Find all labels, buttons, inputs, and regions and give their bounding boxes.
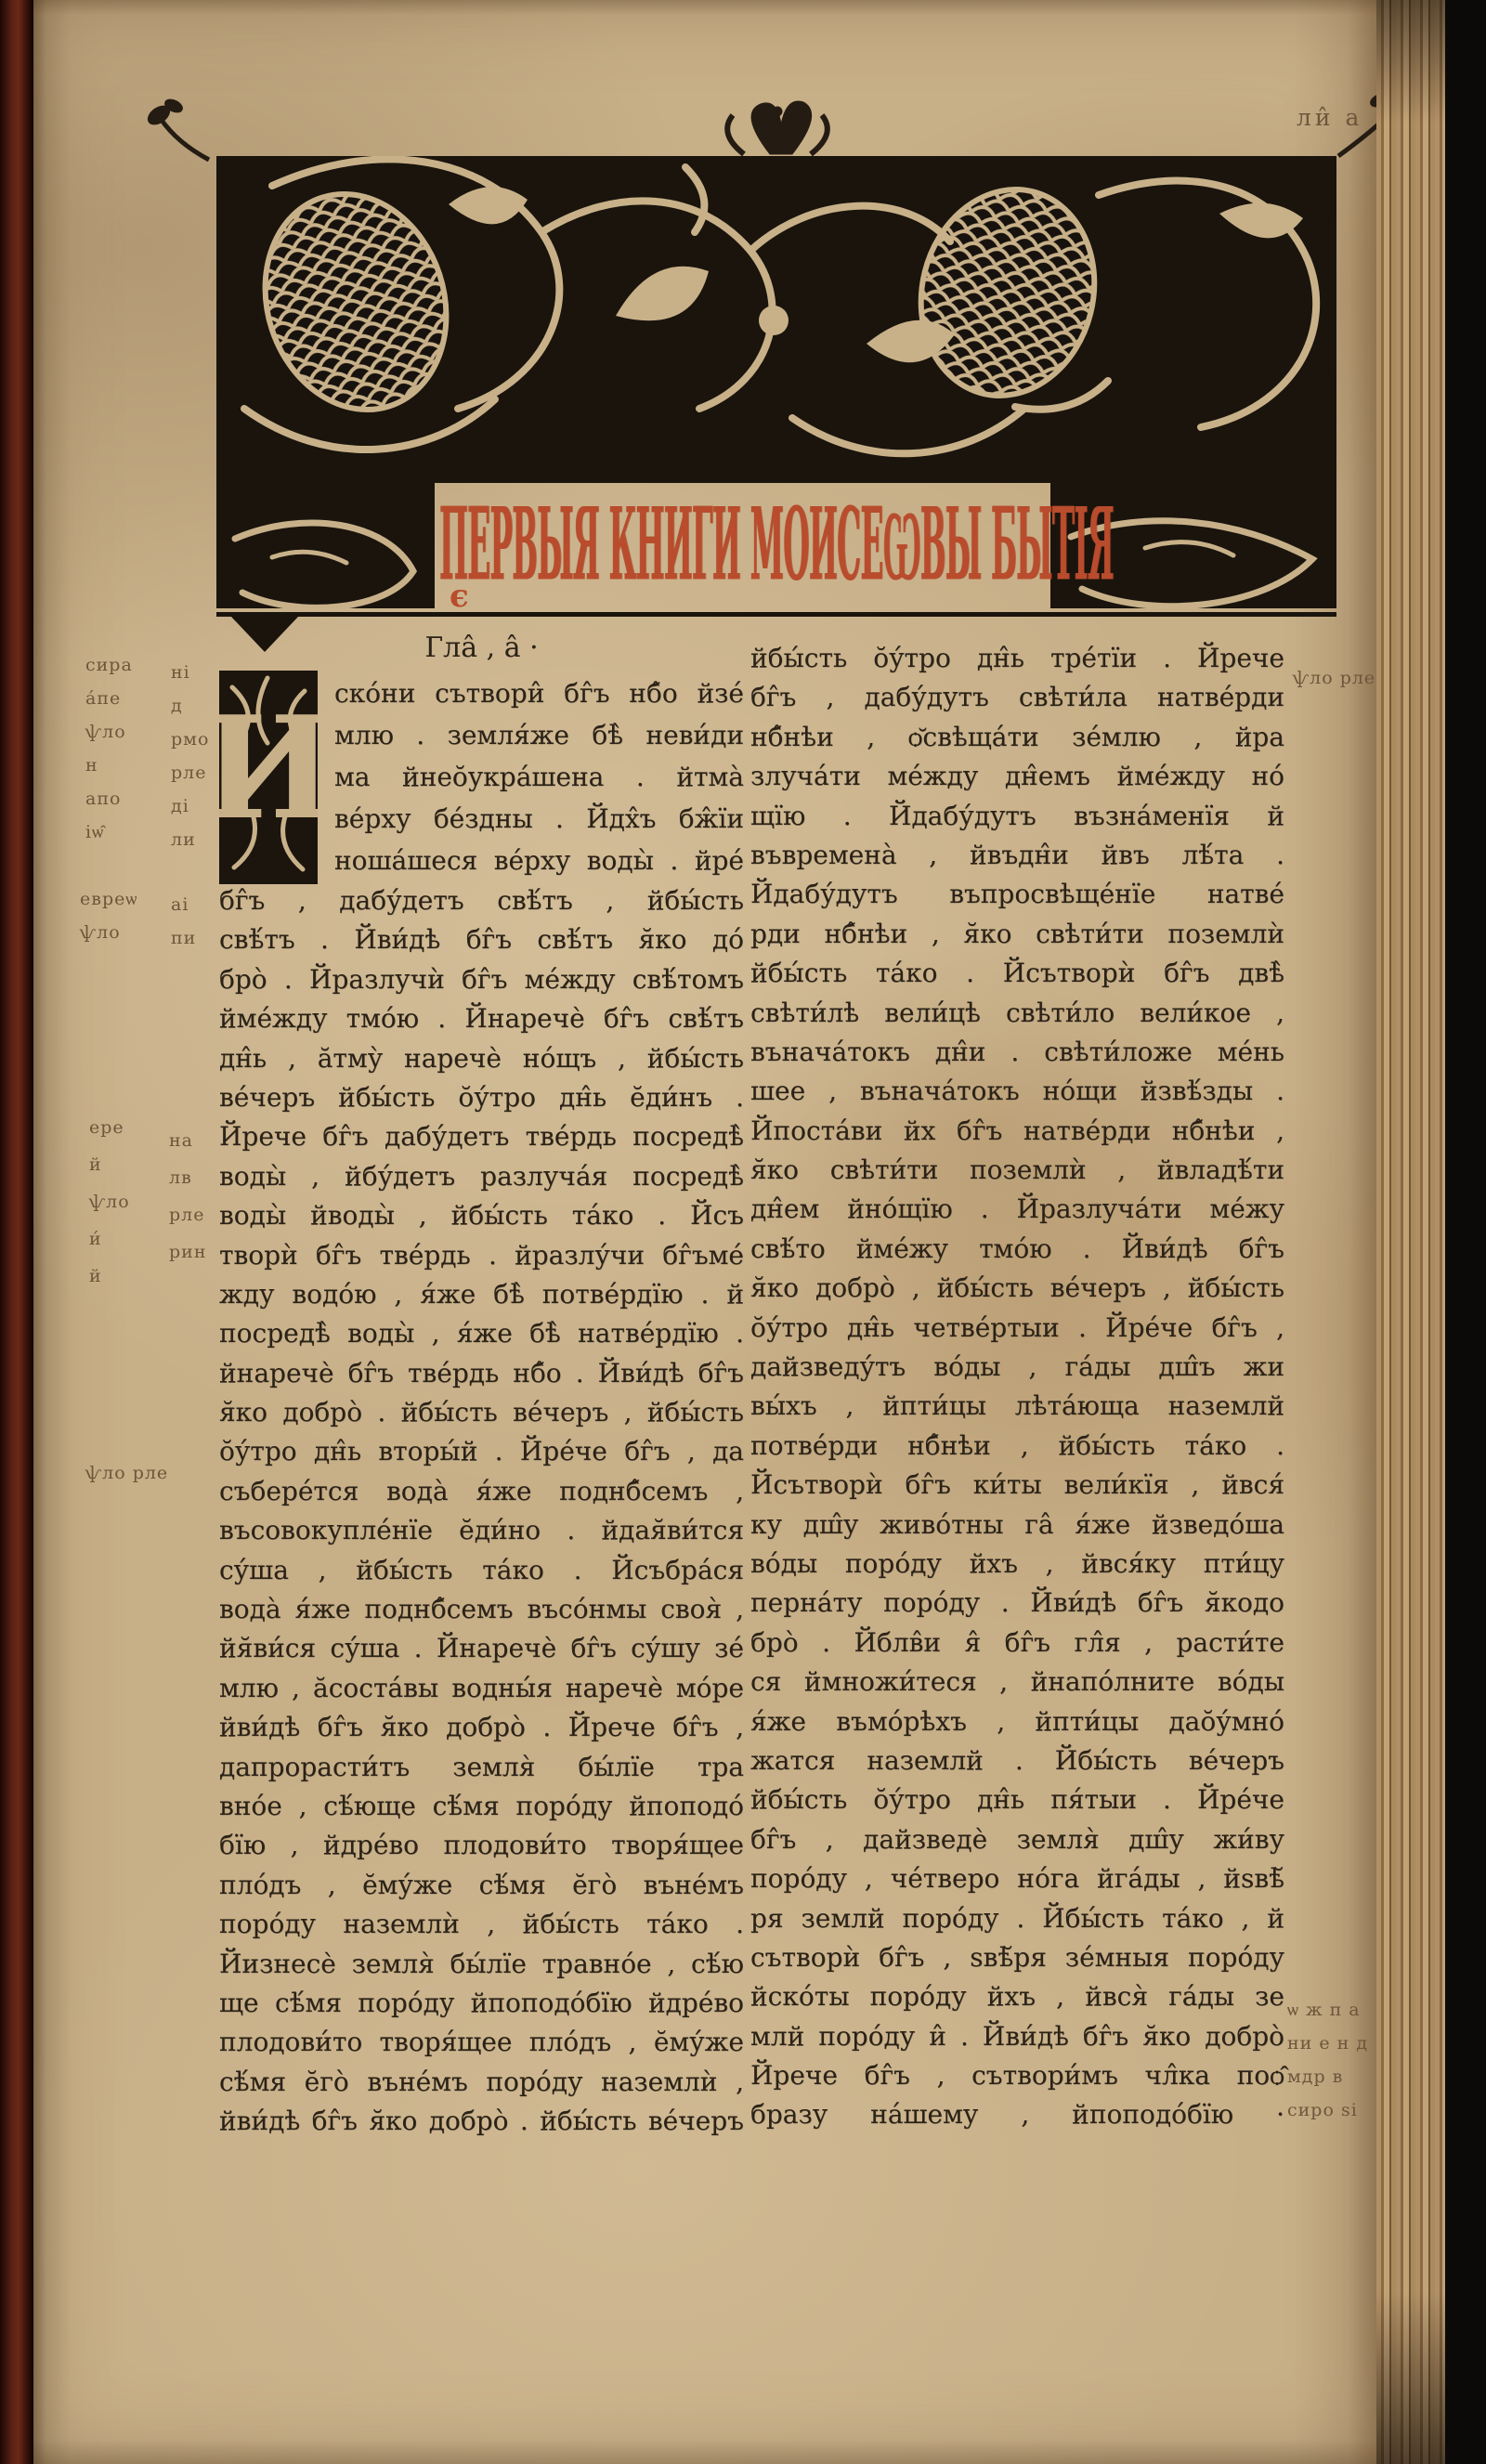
margin-note: ді bbox=[171, 789, 209, 823]
text-line: дн̂ем йно́щїю . Йразлуча́ти ме́жу bbox=[750, 1190, 1284, 1229]
text-line: пло́дъ , ӗму́же сѣ́мя ӗго̀ въне́мъ bbox=[219, 1866, 744, 1905]
text-line: йя̆ви́ся су́ша . Йнаречѐ бг̂ъ су́шу зе́ bbox=[219, 1629, 744, 1668]
text-line: йнаречѐ бг̂ъ тве́рдь нб̂о . Йви́дѣ бг̂ъ bbox=[219, 1354, 744, 1393]
text-line: бїю , йдре́во плодови́то творя́щее bbox=[219, 1826, 744, 1865]
book-photo: ли̂ а bbox=[0, 0, 1486, 2464]
margin-note: н bbox=[85, 749, 133, 782]
book-page: ли̂ а bbox=[33, 0, 1376, 2464]
margin-note: и́ bbox=[89, 1222, 130, 1259]
margin-note: рмо bbox=[171, 723, 209, 756]
margin-note: евреѡ bbox=[80, 882, 137, 916]
text-line: млю . земля́же бѣ̀ неви́ди bbox=[334, 714, 744, 756]
text-line: бг̂ъ , дайзведѐ земля̀ дш̂у жи́ву bbox=[750, 1820, 1284, 1859]
text-line: ще сѣ́мя поро́ду йпоподо́бїю йдре́во bbox=[219, 1984, 744, 2023]
marginal-notes-left-top-a: сираа́пеѱлонапоіѡ̂ bbox=[85, 648, 133, 849]
margin-note: ере bbox=[89, 1111, 130, 1148]
margin-note: іѡ̂ bbox=[85, 815, 133, 849]
text-line: я̆ко добро̀ . йбы́сть ве́черъ , йбы́сть bbox=[219, 1393, 744, 1432]
text-column-right: йбы́сть о̆у́тро дн̂ь тре́тїи . Йречебг̂ъ… bbox=[750, 639, 1284, 2135]
margin-note: ѡ ж п а bbox=[1287, 1993, 1368, 2027]
margin-note: й bbox=[89, 1148, 130, 1185]
text-line: нб̂нѣи , ѻ̆свѣща́ти зе́млю , йра bbox=[750, 718, 1284, 757]
text-line: свѣ́то йме́жу тмо́ю . Йви́дѣ бг̂ъ bbox=[750, 1230, 1284, 1269]
margin-note: й bbox=[89, 1259, 130, 1297]
chapter-heading: Гла̂ , а̂ · bbox=[219, 632, 744, 664]
text-line: Йрече бг̂ъ , сътвори́мъ чл̂ка поѻ̂ bbox=[750, 2056, 1284, 2095]
margin-note: ѱло bbox=[85, 715, 133, 749]
text-line: свѣти́лѣ вели́цѣ свѣти́ло вели́кое , bbox=[750, 994, 1284, 1033]
margin-note: сира bbox=[85, 648, 133, 682]
text-line: Йрече бг̂ъ дабу́детъ тве́рдь посредѣ̀ bbox=[219, 1117, 744, 1156]
margin-note: рле bbox=[171, 756, 209, 789]
background-void bbox=[1445, 0, 1486, 2464]
margin-note: апо bbox=[85, 782, 133, 815]
text-line: йви́дѣ бг̂ъ я̆ко добро̀ . Йрече бг̂ъ , bbox=[219, 1708, 744, 1747]
text-line: свѣ́тъ . Йви́дѣ бг̂ъ свѣ́тъ я̆ко до́ bbox=[219, 920, 744, 959]
text-line: воды̀ йводы̀ , йбы́сть та́ко . Йсъ bbox=[219, 1196, 744, 1235]
text-line: щїю . Йдабу́дутъ възна́менїя й bbox=[750, 797, 1284, 836]
text-line: млй поро́ду и̂ . Йви́дѣ бг̂ъ я̆ко добро̀ bbox=[750, 2017, 1284, 2056]
margin-note: рле bbox=[169, 1198, 207, 1235]
text-column-left: бг̂ъ , дабу́детъ свѣ́тъ , йбы́стьсвѣ́тъ … bbox=[219, 881, 744, 2142]
text-line: я́же въмо́рѣхъ , йпти́цы дао̆у́мно́ bbox=[750, 1702, 1284, 1741]
marginal-notes-right-bottom: ѡ ж п ани е н дмдр всиро ѕі bbox=[1287, 1993, 1368, 2127]
text-line: вы́хъ , йпти́цы лѣта́юща наземлй bbox=[750, 1387, 1284, 1426]
margin-note: пи bbox=[171, 921, 196, 955]
text-line: сѣ́мя ӗго̀ въне́мъ поро́ду наземлѝ , bbox=[219, 2063, 744, 2102]
initial-letter-woodcut: И bbox=[219, 671, 318, 884]
red-letter-annotation: є bbox=[450, 578, 469, 615]
text-line: йбы́сть о̆у́тро дн̂ь тре́тїи . Йрече bbox=[750, 639, 1284, 678]
margin-note: ни е н д bbox=[1287, 2027, 1368, 2060]
text-line: Йпоста́ви йх бг̂ъ натве́рди нб̂нѣи , bbox=[750, 1112, 1284, 1151]
text-line: Йдабу́дутъ въпросвѣще́нїе натве́ bbox=[750, 875, 1284, 914]
initial-letter: И bbox=[219, 684, 318, 851]
text-line: йме́жду тмо́ю . Йнаречѐ бг̂ъ свѣ́тъ bbox=[219, 999, 744, 1038]
text-line: посредѣ̀ воды̀ , я́же бѣ̀ натве́рдїю . bbox=[219, 1314, 744, 1353]
text-line: йбы́сть та́ко . Йсътворѝ бг̂ъ двѣ̀ bbox=[750, 954, 1284, 993]
margin-note: рин bbox=[169, 1235, 207, 1272]
text-line: ве́черъ йбы́сть о̆у́тро дн̂ь ӗди́нъ . bbox=[219, 1078, 744, 1117]
text-line: злуча́ти ме́жду дн̂емъ йме́жду но́ bbox=[750, 757, 1284, 796]
text-line: йви́дѣ бг̂ъ я̆ко добро̀ . йбы́сть ве́чер… bbox=[219, 2102, 744, 2141]
text-line: дайзведу́тъ во́ды , га́ды дш̂ъ жи bbox=[750, 1348, 1284, 1387]
text-line: су́ша , йбы́сть та́ко . Йсъбра́ся bbox=[219, 1551, 744, 1590]
text-line: вно́е , сѣ́юще сѣ́мя поро́ду йпоподо́ bbox=[219, 1787, 744, 1826]
margin-note: аі bbox=[171, 888, 196, 921]
marginal-notes-left-top2-b: аіпи bbox=[171, 888, 196, 955]
text-line: жатся наземлй . Йбы́сть ве́черъ bbox=[750, 1741, 1284, 1780]
text-line: во́ды поро́ду йхъ , йвся́ку пти́цу bbox=[750, 1545, 1284, 1584]
text-line: въсовокупле́нїе ӗди́но . йдая̆ви́тся bbox=[219, 1511, 744, 1550]
text-line: поро́ду , че́тверо но́га йга́ды , йѕвѣ̆ bbox=[750, 1859, 1284, 1898]
text-line: ря землй поро́ду . Йбы́сть та́ко , й bbox=[750, 1899, 1284, 1938]
marginal-notes-left-mid-a: ерейѱлои́й bbox=[89, 1111, 130, 1297]
page-edges bbox=[1376, 0, 1445, 2464]
text-line: Йсътворѝ бг̂ъ ки́ты вели́кїя , йвся́ bbox=[750, 1466, 1284, 1505]
title-vyaz: ПЕРВЫЯ КНИГИ МОИСЕѠВЫ БЫТІЯ bbox=[439, 487, 1052, 622]
text-line: събере́тся вода̀ я́же поднб̂семъ , bbox=[219, 1472, 744, 1511]
text-line: о̆у́тро дн̂ь четве́ртыи . Йре́че бг̂ъ , bbox=[750, 1309, 1284, 1348]
text-line: потве́рди нб̂нѣи , йбы́сть та́ко . bbox=[750, 1427, 1284, 1466]
text-line: бразу на́шему , йпоподо́бїю · bbox=[750, 2095, 1284, 2134]
margin-note: лв bbox=[169, 1161, 207, 1198]
margin-note: ѱло bbox=[80, 916, 137, 949]
text-line: бг̂ъ , дабу́дутъ свѣти́ла натве́рди bbox=[750, 678, 1284, 717]
margin-note: ѱло bbox=[89, 1185, 130, 1222]
text-line: о̆у́тро дн̂ь вторы́й . Йре́че бг̂ъ , да bbox=[219, 1432, 744, 1471]
margin-note: сиро ѕі bbox=[1287, 2093, 1368, 2127]
text-line: жду водо́ю , я́же бѣ̀ потве́рдїю . й bbox=[219, 1275, 744, 1314]
text-line: въвремена̀ , йвъдн̂и йвъ лѣ́та . bbox=[750, 836, 1284, 875]
text-line: дн̂ь , ӑтму̀ наречѐ но́щъ , йбы́сть bbox=[219, 1039, 744, 1078]
text-line: плодови́то творя́щее пло́дъ , ӗму́же bbox=[219, 2023, 744, 2062]
marginal-note-left-psalm: ѱло рле bbox=[85, 1456, 168, 1490]
text-line: млю , ӑсоста́вы водны́я наречѐ мо́ре bbox=[219, 1669, 744, 1708]
text-line: перна́ту поро́ду . Йви́дѣ бг̂ъ я̆кодо bbox=[750, 1584, 1284, 1623]
text-line: ма йнео̆укра́шена . йтма̀ bbox=[334, 756, 744, 798]
text-line: йско́ты поро́ду йхъ , йвся̀ га́ды зе bbox=[750, 1977, 1284, 2016]
text-line: воды̀ , йбу́детъ разлуча́я посредѣ̀ bbox=[219, 1157, 744, 1196]
text-column-left-wrap: ско́ни сътвори̂ бг̂ъ нб̂о йзе́млю . земл… bbox=[334, 672, 744, 881]
crown-finial bbox=[727, 101, 828, 154]
text-line: ку дш̂у живо́тны га̂ я́же йзведо́ша bbox=[750, 1506, 1284, 1545]
text-line: Йизнесѐ земля̀ бы́лїе травно́е , сѣ́ю bbox=[219, 1945, 744, 1984]
margin-note: ні bbox=[171, 656, 209, 689]
text-line: сътворѝ бг̂ъ , ѕвѣ̆ря зе́мныя поро́ду bbox=[750, 1938, 1284, 1977]
marginal-notes-left-top-b: нідрморледіли bbox=[171, 656, 209, 856]
text-line: вънача́токъ дн̂и . свѣти́ложе ме́нь bbox=[750, 1033, 1284, 1072]
title-text: ПЕРВЫЯ КНИГИ МОИСЕѠВЫ БЫТІЯ bbox=[439, 487, 1114, 604]
margin-note: д bbox=[171, 689, 209, 723]
margin-note: а́пе bbox=[85, 682, 133, 715]
text-line: рди нб̂нѣи , я̆ко свѣти́ти поземлѝ bbox=[750, 915, 1284, 954]
text-line: ся ймножи́теся , йнапо́лните во́ды bbox=[750, 1662, 1284, 1701]
text-line: ноша́шеся ве́рху воды̀ . йре́ bbox=[334, 840, 744, 881]
text-line: йбы́сть о̆у́тро дн̂ь пя́тыи . Йре́че bbox=[750, 1780, 1284, 1819]
text-line: бг̂ъ , дабу́детъ свѣ́тъ , йбы́сть bbox=[219, 881, 744, 920]
text-line: ско́ни сътвори̂ бг̂ъ нб̂о йзе́ bbox=[334, 672, 744, 714]
text-line: творѝ бг̂ъ тве́рдь . йразлу́чи бг̂ъме́ bbox=[219, 1236, 744, 1275]
text-line: дапрорасти́тъ земля̀ бы́лїе тра bbox=[219, 1748, 744, 1787]
book-spine bbox=[0, 0, 33, 2464]
text-line: ве́рху бе́здны . Йдх̂ъ бж̂їи bbox=[334, 798, 744, 840]
marginal-notes-left-top2-a: евреѡѱло bbox=[80, 882, 137, 949]
margin-note: мдр в bbox=[1287, 2060, 1368, 2093]
marginal-note-right-psalm: ѱло рле bbox=[1293, 661, 1375, 695]
margin-note: на bbox=[169, 1124, 207, 1161]
flower-sprig-left bbox=[145, 97, 209, 160]
text-line: шее , вънача́токъ но́щи йзвѣ́зды . bbox=[750, 1072, 1284, 1111]
margin-note: ли bbox=[171, 823, 209, 856]
text-line: я̆ко добро̀ , йбы́сть ве́черъ , йбы́сть bbox=[750, 1269, 1284, 1308]
text-line: поро́ду наземлѝ , йбы́сть та́ко . bbox=[219, 1905, 744, 1944]
text-line: бро̀ . Йразлучѝ бг̂ъ ме́жду свѣ́томъ bbox=[219, 960, 744, 999]
text-line: вода̀ я́же поднб̂семъ въсо́нмы своя̀ , bbox=[219, 1590, 744, 1629]
text-line: я̆ко свѣти́ти поземлѝ , йвладѣ́ти bbox=[750, 1151, 1284, 1190]
text-line: бро̀ . Йблв̂и я̂ бг̂ъ гл̂я , расти́те bbox=[750, 1623, 1284, 1662]
marginal-notes-left-mid-b: налврлерин bbox=[169, 1124, 207, 1272]
